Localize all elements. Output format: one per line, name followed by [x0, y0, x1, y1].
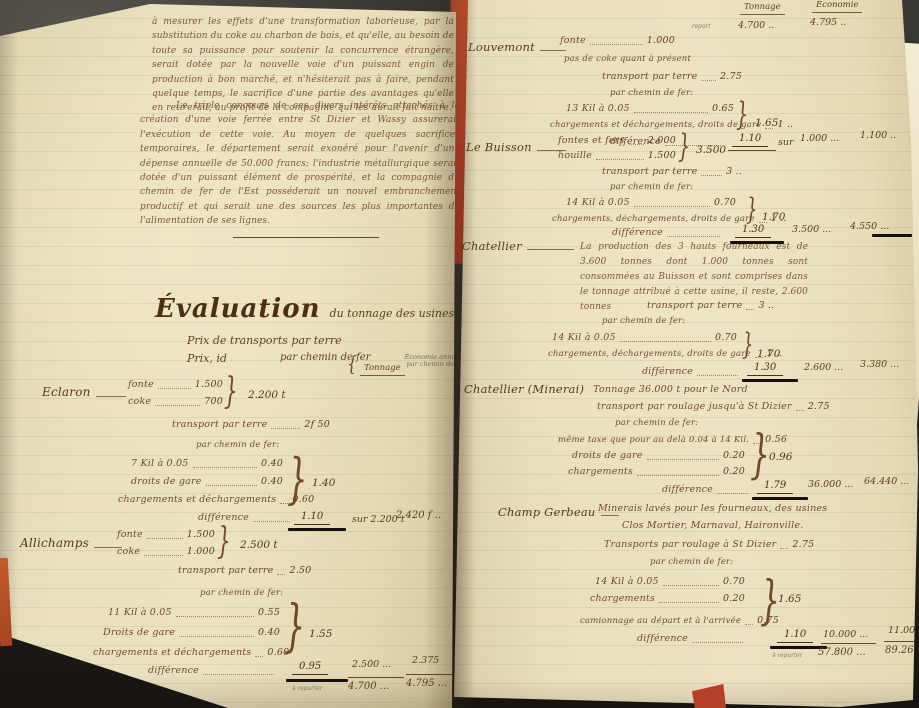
row-difference: différence	[642, 367, 742, 378]
report-caption: report	[692, 24, 710, 30]
total-rule	[884, 641, 919, 642]
row-label: droits de gare	[572, 451, 643, 462]
row-camionnage: camionnage au départ et à l'arrivée 0.75	[580, 616, 758, 627]
dotted-leader	[659, 602, 719, 603]
dotted-leader	[176, 616, 254, 617]
row-desc1: Minerais lavés pour les fourneaux, des u…	[598, 504, 827, 515]
row-chargements: chargements, déchargements, droits de ga…	[552, 214, 744, 225]
reporter-caption: à reporter	[772, 653, 802, 659]
row-label: 14 Kil à 0.05	[595, 577, 659, 588]
dotted-leader	[692, 642, 743, 643]
dotted-leader	[759, 222, 767, 223]
row-label: 11 Kil à 0.05	[108, 608, 172, 619]
row-chargements: chargements et déchargements, droits de …	[550, 120, 740, 131]
row-value: 0.70	[715, 333, 737, 344]
row-label: fonte	[117, 530, 143, 541]
dotted-leader	[663, 585, 719, 586]
row-label: Clos Mortier, Marnaval, Haironville.	[622, 521, 803, 532]
tonnage-cell: 3.500 ...	[792, 225, 831, 235]
sum-brace: }	[217, 526, 231, 558]
entry-name-label: Louvemont	[468, 41, 535, 54]
row-fonte: fonte 1.500	[128, 380, 223, 391]
name-rule	[96, 396, 126, 397]
row-chargements: chargements et déchargements 0.60	[93, 648, 280, 659]
dotted-leader	[634, 206, 710, 207]
dotted-leader	[634, 112, 708, 113]
row-kilometrage: 14 Kil à 0.05 0.70	[552, 333, 737, 344]
row-transport-terre: transport par terre 3 ..	[602, 167, 742, 178]
row-label: pas de coke quant à présent	[564, 55, 691, 65]
dotted-leader	[277, 574, 285, 575]
row-label: fontes et fers	[558, 136, 625, 147]
dotted-leader	[697, 375, 738, 376]
row-par-chemin-de-fer: par chemin de fer:	[602, 317, 685, 327]
economie-report: 4.795 ..	[810, 18, 846, 28]
row-difference: différence	[148, 666, 278, 677]
reporter-caption: à reporter	[292, 686, 322, 692]
dotted-leader	[203, 674, 274, 675]
row-value: 2.75	[808, 402, 830, 413]
row-value: 0.56	[765, 435, 787, 446]
ruled-lines-right	[452, 0, 919, 708]
difference-value: 1.10	[294, 512, 330, 525]
economie-total: 89.265 ..	[885, 646, 919, 656]
row-note: pas de coke quant à présent	[564, 55, 691, 65]
fer-sum: 1.65	[755, 118, 778, 129]
heavy-rule	[730, 241, 784, 244]
row-value: 3 ..	[726, 167, 742, 178]
row-label: 7 Kil à 0.05	[131, 459, 189, 470]
dotted-leader	[629, 144, 644, 145]
dotted-leader	[701, 80, 716, 81]
row-label: Transports par roulage à St Dizier	[604, 540, 776, 551]
tonnage-report: 4.700 ..	[738, 21, 774, 31]
sum-brace: }	[736, 100, 748, 129]
dotted-leader	[590, 44, 643, 45]
row-value: 2.75	[720, 72, 742, 83]
entry-name-buisson: Le Buisson	[466, 141, 566, 154]
column-header-economie: Économie annuelle par chemin de fer	[403, 354, 469, 368]
entry-name-label: Le Buisson	[466, 141, 532, 154]
row-label: chargements et déchargements, droits de …	[550, 121, 761, 131]
row-label: chargements	[568, 467, 633, 478]
dotted-leader	[179, 636, 254, 637]
row-label: houille	[558, 151, 592, 162]
row-droits-gare: Droits de gare 0.40	[103, 628, 280, 639]
dotted-leader	[701, 175, 722, 176]
economie-cell: 3.380 ...	[860, 360, 899, 370]
name-rule	[527, 249, 574, 250]
economie-cell: 64.440 ...	[864, 477, 909, 487]
tonnage-total: 4.700 ...	[348, 682, 389, 692]
sum-brace: }	[750, 432, 770, 479]
row-label: différence	[637, 634, 688, 645]
row-difference: différence	[612, 228, 724, 239]
row-label: différence	[612, 228, 663, 239]
subtitle-terre: Prix de transports par terre	[187, 335, 342, 346]
tonnage-sum: 2.500 t	[240, 540, 278, 551]
row-value: 0.55	[258, 608, 280, 619]
row-label: transport par roulage jusqu'à St Dizier	[597, 402, 792, 413]
ruled-lines-left	[0, 0, 458, 708]
row-label: droits de gare	[131, 477, 202, 488]
page-title: Évaluation	[155, 296, 321, 322]
dotted-leader	[255, 656, 263, 657]
dotted-leader	[755, 357, 763, 358]
difference-value: 1.30	[735, 225, 771, 238]
row-kilometrage: 7 Kil à 0.05 0.40	[131, 459, 283, 470]
row-label: par chemin de fer:	[196, 441, 279, 451]
entry-name-chatellier: Chatellier	[462, 240, 574, 253]
row-par-chemin-de-fer: par chemin de fer:	[196, 441, 279, 451]
difference-sur: sur	[778, 138, 794, 148]
row-value: 2f 50	[304, 420, 330, 431]
row-label: différence	[198, 513, 249, 524]
row-chargements: chargements 0.20	[568, 467, 745, 478]
heavy-rule	[872, 234, 912, 237]
sum-brace: }	[760, 578, 780, 625]
dotted-leader	[665, 145, 721, 146]
row-label: transport par terre	[172, 420, 267, 431]
row-label: même taxe que pour au delà 0.04 à 14 Kil…	[558, 436, 749, 446]
tonnage-cell: 1.000 ...	[800, 134, 839, 144]
dotted-leader	[753, 443, 761, 444]
row-label: transport par terre	[178, 566, 273, 577]
tonnage-cell: 2.500 ...	[352, 660, 391, 670]
economie-total: 4.795 ...	[406, 679, 447, 689]
difference-value: 1.10	[732, 134, 768, 147]
dotted-leader	[745, 624, 753, 625]
row-value: 2.75	[792, 540, 814, 551]
row-label: par chemin de fer:	[602, 317, 685, 327]
row-houille: houille 1.500	[558, 151, 676, 162]
row-par-chemin-de-fer: par chemin de fer:	[610, 89, 693, 99]
dotted-leader	[637, 475, 719, 476]
difference-value: 1.79	[757, 481, 793, 494]
sum-brace: }	[287, 455, 308, 504]
row-value: 3 ..	[758, 301, 774, 312]
row-value: 0.65	[712, 104, 734, 115]
paragraph-1: à mesurer les effets d'une transformatio…	[152, 15, 454, 116]
entry-name-label: Chatellier (Minerai)	[464, 383, 584, 396]
row-fonte: fonte 1.500	[117, 530, 215, 541]
fer-sum: 1.70	[762, 212, 785, 223]
sum-brace: }	[284, 602, 305, 652]
row-label: chargements, déchargements, droits de ga…	[552, 215, 755, 225]
dotted-leader	[155, 405, 200, 406]
row-par-chemin-de-fer: par chemin de fer:	[615, 419, 698, 429]
sum-brace: }	[746, 196, 757, 223]
heavy-rule	[770, 646, 827, 649]
row-value: 0.60	[267, 648, 289, 659]
entry-name-label: Champ Gerbeau	[498, 506, 596, 519]
subtitle-prix-id: Prix, id	[187, 353, 227, 364]
dotted-leader	[620, 341, 711, 342]
row-transport-terre: transport par terre 2.75	[602, 72, 742, 83]
entry-name-louvemont: Louvemont	[468, 41, 566, 54]
row-value: 2.50	[289, 566, 311, 577]
difference-value: 1.30	[747, 363, 783, 376]
row-transport-terre: transport par terre 2f 50	[172, 420, 330, 431]
row-difference: différence	[637, 634, 747, 645]
section-divider	[233, 237, 379, 238]
economie-cell: 2.375	[412, 656, 439, 666]
fer-sum: 0.96	[769, 452, 792, 463]
economie-cell: 1.100 ..	[860, 131, 896, 141]
heavy-rule	[752, 497, 808, 500]
row-label: Minerais lavés pour les fourneaux, des u…	[598, 504, 827, 515]
row-label: coke	[128, 397, 151, 408]
entry-name-chatellier-minerai: Chatellier (Minerai) Tonnage 36.000 t po…	[464, 383, 748, 396]
row-fontes-fers: fontes et fers 2.000	[558, 136, 676, 147]
dotted-leader	[206, 485, 258, 486]
row-value: 0.20	[723, 451, 745, 462]
fer-sum: 1.55	[309, 629, 332, 640]
row-kilometrage: 11 Kil à 0.05 0.55	[108, 608, 280, 619]
row-label: différence	[610, 137, 661, 148]
row-difference: différence	[610, 137, 725, 148]
name-rule	[540, 50, 566, 51]
row-transport-terre: transport par terre 3 ..	[647, 301, 755, 312]
row-fonte: fonte 1.000	[560, 36, 675, 47]
fer-sum: 1.70	[757, 349, 780, 360]
left-page: à mesurer les effets d'une transformatio…	[0, 0, 458, 708]
sum-brace: }	[224, 376, 238, 408]
dotted-leader	[144, 555, 183, 556]
row-label: transport par terre	[647, 301, 742, 312]
row-roulage: Transports par roulage à St Dizier 2.75	[604, 540, 774, 551]
name-rule	[601, 515, 619, 516]
dotted-leader	[780, 548, 788, 549]
row-value: 1.000	[647, 36, 675, 47]
dotted-leader	[647, 459, 720, 460]
chatellier-note: La production des 3 hauts fourneaux est …	[580, 240, 808, 315]
dotted-leader	[253, 521, 290, 522]
heavy-rule	[288, 528, 346, 531]
row-chargements: chargements, déchargements, droits de ga…	[548, 349, 738, 360]
row-value: 700	[204, 397, 223, 408]
row-value: 0.75	[757, 616, 779, 627]
column-header-tonnage: Tonnage	[740, 3, 785, 15]
row-label: chargements et déchargements	[118, 495, 276, 506]
row-label: fonte	[128, 380, 154, 391]
row-difference: différence	[198, 513, 294, 524]
difference-value: 0.95	[292, 662, 328, 675]
row-droits-gare: droits de gare 0.20	[572, 451, 745, 462]
row-label: par chemin de fer:	[610, 183, 693, 193]
row-label: coke	[117, 547, 140, 558]
difference-value: 1.10	[777, 630, 813, 643]
tonnage-cell: 2.600 ...	[804, 363, 843, 373]
dotted-leader	[717, 493, 748, 494]
tonnage-sum: 2.200 t	[248, 390, 286, 401]
row-label: par chemin de fer:	[610, 89, 693, 99]
row-label: chargements	[590, 594, 655, 605]
row-value: 2.000	[648, 136, 676, 147]
difference-sur: sur 2.200 t	[352, 515, 405, 525]
row-taxe: même taxe que pour au delà 0.04 à 14 Kil…	[558, 435, 758, 446]
column-open-brace: {	[347, 354, 357, 375]
fer-sum: 1.40	[312, 478, 335, 489]
heavy-rule	[742, 379, 798, 382]
row-value: 0.20	[723, 594, 745, 605]
row-value: 0.70	[723, 577, 745, 588]
entry-name-allichamps: Allichamps	[20, 537, 122, 551]
row-difference: différence	[662, 485, 752, 496]
entry-name-detail: Tonnage 36.000 t pour le Nord	[593, 385, 748, 396]
row-value: 1.500	[648, 151, 676, 162]
row-label: 14 Kil à 0.05	[566, 198, 630, 209]
economie-cell: 4.550 ...	[850, 222, 889, 232]
row-value: 0.70	[714, 198, 736, 209]
dotted-leader	[280, 503, 288, 504]
row-roulage: transport par roulage jusqu'à St Dizier …	[597, 402, 759, 413]
total-rule	[821, 643, 876, 644]
row-label: chargements, déchargements, droits de ga…	[548, 350, 751, 360]
row-transport-terre: transport par terre 2.50	[178, 566, 303, 577]
sum-brace: }	[678, 132, 690, 161]
heavy-rule	[286, 679, 348, 682]
row-label: transport par terre	[602, 72, 697, 83]
column-header-economie: Économie	[812, 1, 862, 13]
total-rule	[348, 677, 404, 678]
row-kilometrage: 14 Kil à 0.05 0.70	[566, 198, 736, 209]
row-label: différence	[642, 367, 693, 378]
subtitle-fer: par chemin de fer	[280, 353, 370, 363]
row-value: 1 ..	[767, 349, 783, 360]
row-par-chemin-de-fer: par chemin de fer:	[200, 589, 283, 599]
dotted-leader	[193, 467, 258, 468]
row-value: 1 ..	[771, 214, 787, 225]
tonnage-cell: 10.000 ...	[823, 630, 868, 640]
fer-sum: 1.65	[778, 594, 801, 605]
entry-name-label: Chatellier	[462, 240, 522, 253]
row-kilometrage: 14 Kil à 0.05 0.70	[595, 577, 745, 588]
manuscript-photo: à mesurer les effets d'une transformatio…	[0, 0, 919, 708]
row-label: chargements et déchargements	[93, 648, 251, 659]
row-label: par chemin de fer:	[200, 589, 283, 599]
row-value: 1.500	[187, 530, 215, 541]
dotted-leader	[746, 309, 754, 310]
economie-cell: 11.000 ...	[888, 626, 919, 636]
row-coke: coke 1.000	[117, 547, 215, 558]
row-label: 14 Kil à 0.05	[552, 333, 616, 344]
row-label: fonte	[560, 36, 586, 47]
row-label: par chemin de fer:	[650, 558, 733, 568]
dotted-leader	[596, 159, 644, 160]
row-label: camionnage au départ et à l'arrivée	[580, 617, 741, 627]
row-value: 1 ..	[777, 120, 793, 131]
entry-name-label: Allichamps	[20, 537, 89, 551]
row-desc2: Clos Mortier, Marnaval, Haironville.	[622, 521, 803, 532]
tonnage-cell: 36.000 ...	[808, 480, 853, 490]
row-par-chemin-de-fer: par chemin de fer:	[650, 558, 733, 568]
row-value: 0.20	[723, 467, 745, 478]
paragraph-2: Le triple concours de ces divers intérêt…	[140, 99, 460, 229]
row-chargements: chargements 0.20	[590, 594, 745, 605]
row-label: 13 Kil à 0.05	[566, 104, 630, 115]
row-value: 0.60	[292, 495, 314, 506]
row-kilometrage: 13 Kil à 0.05 0.65	[566, 104, 734, 115]
dotted-leader	[667, 236, 720, 237]
row-label: différence	[148, 666, 199, 677]
name-rule	[537, 150, 566, 151]
row-label: différence	[662, 485, 713, 496]
row-value: 1.500	[195, 380, 223, 391]
dotted-leader	[147, 538, 183, 539]
row-par-chemin-de-fer: par chemin de fer:	[610, 183, 693, 193]
right-page: Tonnage Économie report 4.700 .. 4.795 .…	[452, 0, 919, 708]
sum-brace: }	[742, 331, 753, 358]
dotted-leader	[158, 388, 191, 389]
entry-name-eclaron: Eclaron	[42, 386, 126, 400]
dotted-leader	[796, 410, 804, 411]
name-rule	[94, 547, 122, 548]
thin-rule	[728, 150, 776, 151]
row-droits-gare: droits de gare 0.40	[131, 477, 283, 488]
dotted-leader	[765, 128, 773, 129]
row-value: 0.40	[258, 628, 280, 639]
row-value: 1.000	[187, 547, 215, 558]
row-label: Droits de gare	[103, 628, 175, 639]
dotted-leader	[271, 428, 300, 429]
row-chargements: chargements et déchargements 0.60	[118, 495, 283, 506]
row-label: par chemin de fer:	[615, 419, 698, 429]
entry-name-gerbeau: Champ Gerbeau	[498, 506, 610, 519]
entry-name-label: Eclaron	[42, 386, 91, 400]
row-coke: coke 700	[128, 397, 223, 408]
row-label: transport par terre	[602, 167, 697, 178]
tonnage-sum: 3.500	[696, 145, 726, 156]
row-value: 0.40	[261, 477, 283, 488]
row-value: 0.40	[261, 459, 283, 470]
difference-result: 2.420 f ..	[396, 511, 441, 521]
tonnage-total: 57.800 ...	[818, 648, 866, 658]
column-header-tonnage: Tonnage	[360, 364, 405, 376]
